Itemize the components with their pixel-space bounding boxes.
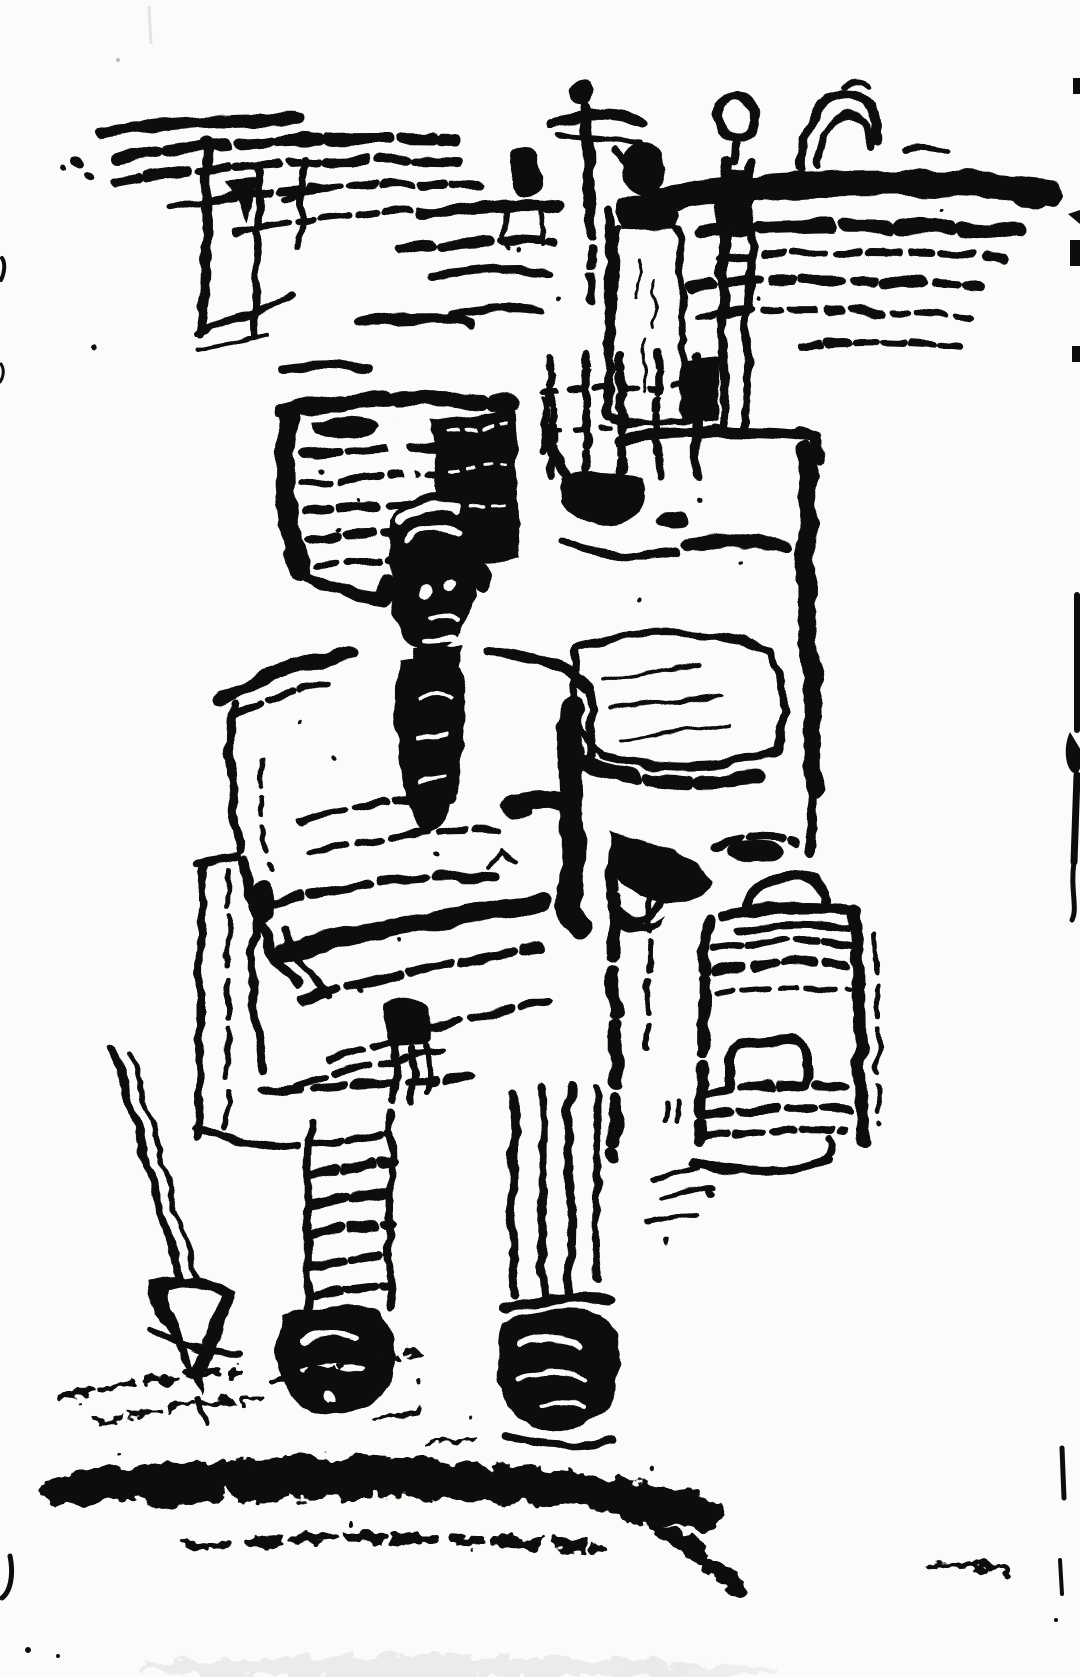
neck [412,644,462,682]
figure-small-hooded [504,144,546,247]
ridge-dark-band [652,182,1052,348]
suitcase [648,875,880,1243]
staff-stroke [498,706,578,926]
right-ear [476,562,492,590]
background-ridge [61,120,558,370]
faint-streak [149,6,151,44]
faint-dot [116,58,120,62]
scanned-ink-drawing-page [0,0,1080,1677]
seated-man [218,493,620,1445]
left-ear [374,574,394,606]
left-arm-and-hand [244,860,433,1102]
head [374,493,492,682]
ink-drawing-canvas [0,0,1080,1677]
finger [410,1048,413,1102]
legs-and-boots [276,1084,620,1445]
pickaxe [114,1048,240,1420]
figure-tall [712,98,757,432]
figure-bent-bundle [800,82,948,168]
right-boot [497,1310,620,1430]
finger [392,1046,396,1100]
